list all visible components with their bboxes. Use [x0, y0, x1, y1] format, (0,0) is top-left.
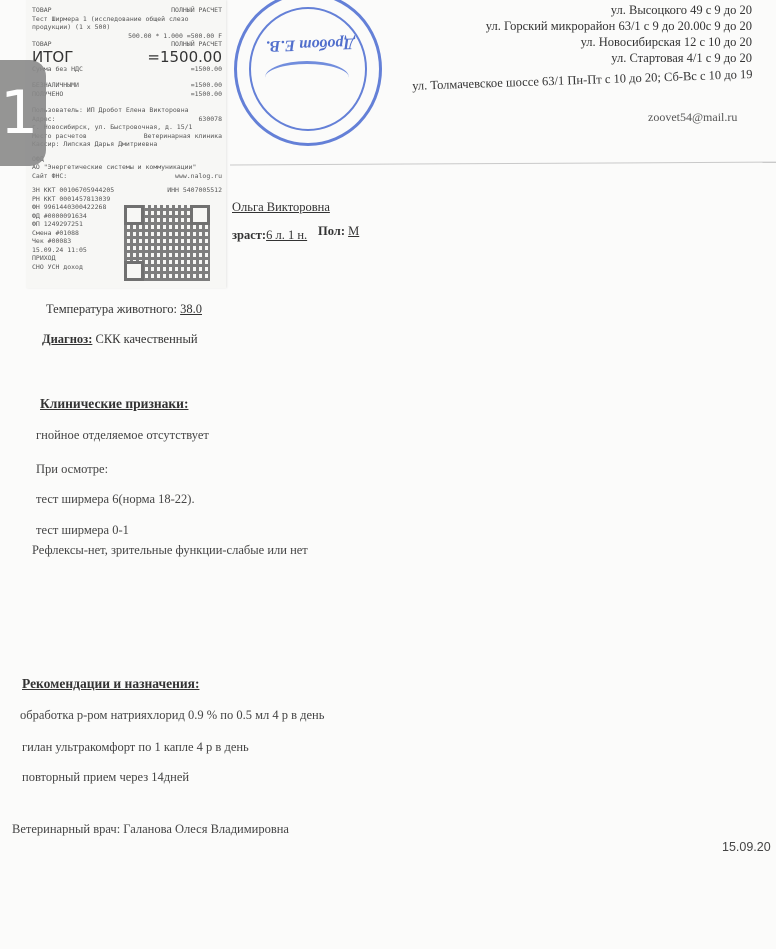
recommendations-title: Рекомендации и назначения: — [22, 676, 199, 692]
age-field: зраст:6 л. 1 н. — [232, 228, 307, 243]
receipt-line: Тест Ширмера 1 (исследование общей слезо — [26, 15, 226, 24]
receipt-line: Место расчетовВетеринарная клиника — [26, 132, 226, 141]
clinic-email: zoovet54@mail.ru — [648, 110, 737, 125]
header-divider — [230, 162, 776, 166]
stamp-animal-icon — [265, 61, 349, 94]
clinical-sign-item: При осмотре: — [36, 462, 108, 477]
clinical-sign-item: тест ширмера 6(норма 18-22). — [36, 492, 195, 507]
receipt-line: Кассир: Липская Дарья Дмитриевна — [26, 140, 226, 149]
receipt-line: ТОВАРПОЛНЫЙ РАСЧЕТ — [26, 6, 226, 15]
sex-field: Пол: М — [318, 224, 359, 239]
qr-code — [124, 205, 210, 281]
address-line: ул. Горский микрорайон 63/1 с 9 до 20.00… — [412, 18, 752, 34]
receipt-line: Пользователь: ИП Дробот Елена Викторовна — [26, 106, 226, 115]
receipt-line: БЕЗНАЛИЧНЫМИ=1500.00 — [26, 81, 226, 90]
receipt-line: Сайт ФНС:www.nalog.ru — [26, 172, 226, 181]
page-count-badge: 1 — [0, 60, 46, 166]
clinical-sign-item: Рефлексы-нет, зрительные функции-слабые … — [32, 543, 308, 558]
temperature-field: Температура животного: 38.0 — [46, 302, 202, 317]
receipt-line: ПОЛУЧЕНО=1500.00 — [26, 90, 226, 99]
owner-name: Ольга Викторовна — [232, 200, 330, 215]
receipt-line: продукции) (1 x 500) — [26, 23, 226, 32]
recommendation-item: обработка р-ром натрияхлорид 0.9 % по 0.… — [20, 708, 324, 723]
receipt-line: ОФД — [26, 155, 226, 164]
document-date: 15.09.20 — [722, 840, 771, 854]
cash-receipt: ТОВАРПОЛНЫЙ РАСЧЕТ Тест Ширмера 1 (иссле… — [26, 0, 226, 288]
clinic-stamp: Дробот Е.В. — [234, 0, 382, 146]
receipt-line: АО "Энергетические системы и коммуникаци… — [26, 163, 226, 172]
doctor-signature: Ветеринарный врач: Галанова Олеся Владим… — [12, 822, 289, 837]
receipt-line: г. Новосибирск, ул. Быстровочная, д. 15/… — [26, 123, 226, 132]
address-line: ул. Стартовая 4/1 с 9 до 20 — [412, 50, 752, 66]
address-line: ул. Высоцкого 49 с 9 до 20 — [412, 2, 752, 18]
clinical-sign-item: тест ширмера 0-1 — [36, 523, 129, 538]
address-line: ул. Толмачевское шоссе 63/1 Пн-Пт с 10 д… — [411, 66, 752, 94]
address-line: ул. Новосибирская 12 с 10 до 20 — [412, 34, 752, 50]
recommendation-item: гилан ультракомфорт по 1 капле 4 р в ден… — [22, 740, 249, 755]
receipt-fiscal: РН ККТ 0001457813039 — [26, 195, 226, 204]
receipt-total: ИТОГ=1500.00 — [26, 49, 226, 65]
receipt-line: Адрес:630078 — [26, 115, 226, 124]
receipt-line: Сумма без НДС=1500.00 — [26, 65, 226, 74]
clinic-addresses: ул. Высоцкого 49 с 9 до 20 ул. Горский м… — [412, 2, 752, 82]
receipt-fiscal: ЗН ККТ 00106705944205ИНН 5407005512 — [26, 186, 226, 195]
clinical-signs-title: Клинические признаки: — [40, 396, 188, 412]
stamp-name: Дробот Е.В. — [265, 33, 356, 54]
diagnosis-field: Диагноз: СКК качественный — [42, 332, 198, 347]
recommendation-item: повторный прием через 14дней — [22, 770, 189, 785]
receipt-line: 500.00 * 1.000 =500.00 F — [26, 32, 226, 41]
clinical-sign-item: гнойное отделяемое отсутствует — [36, 428, 209, 443]
